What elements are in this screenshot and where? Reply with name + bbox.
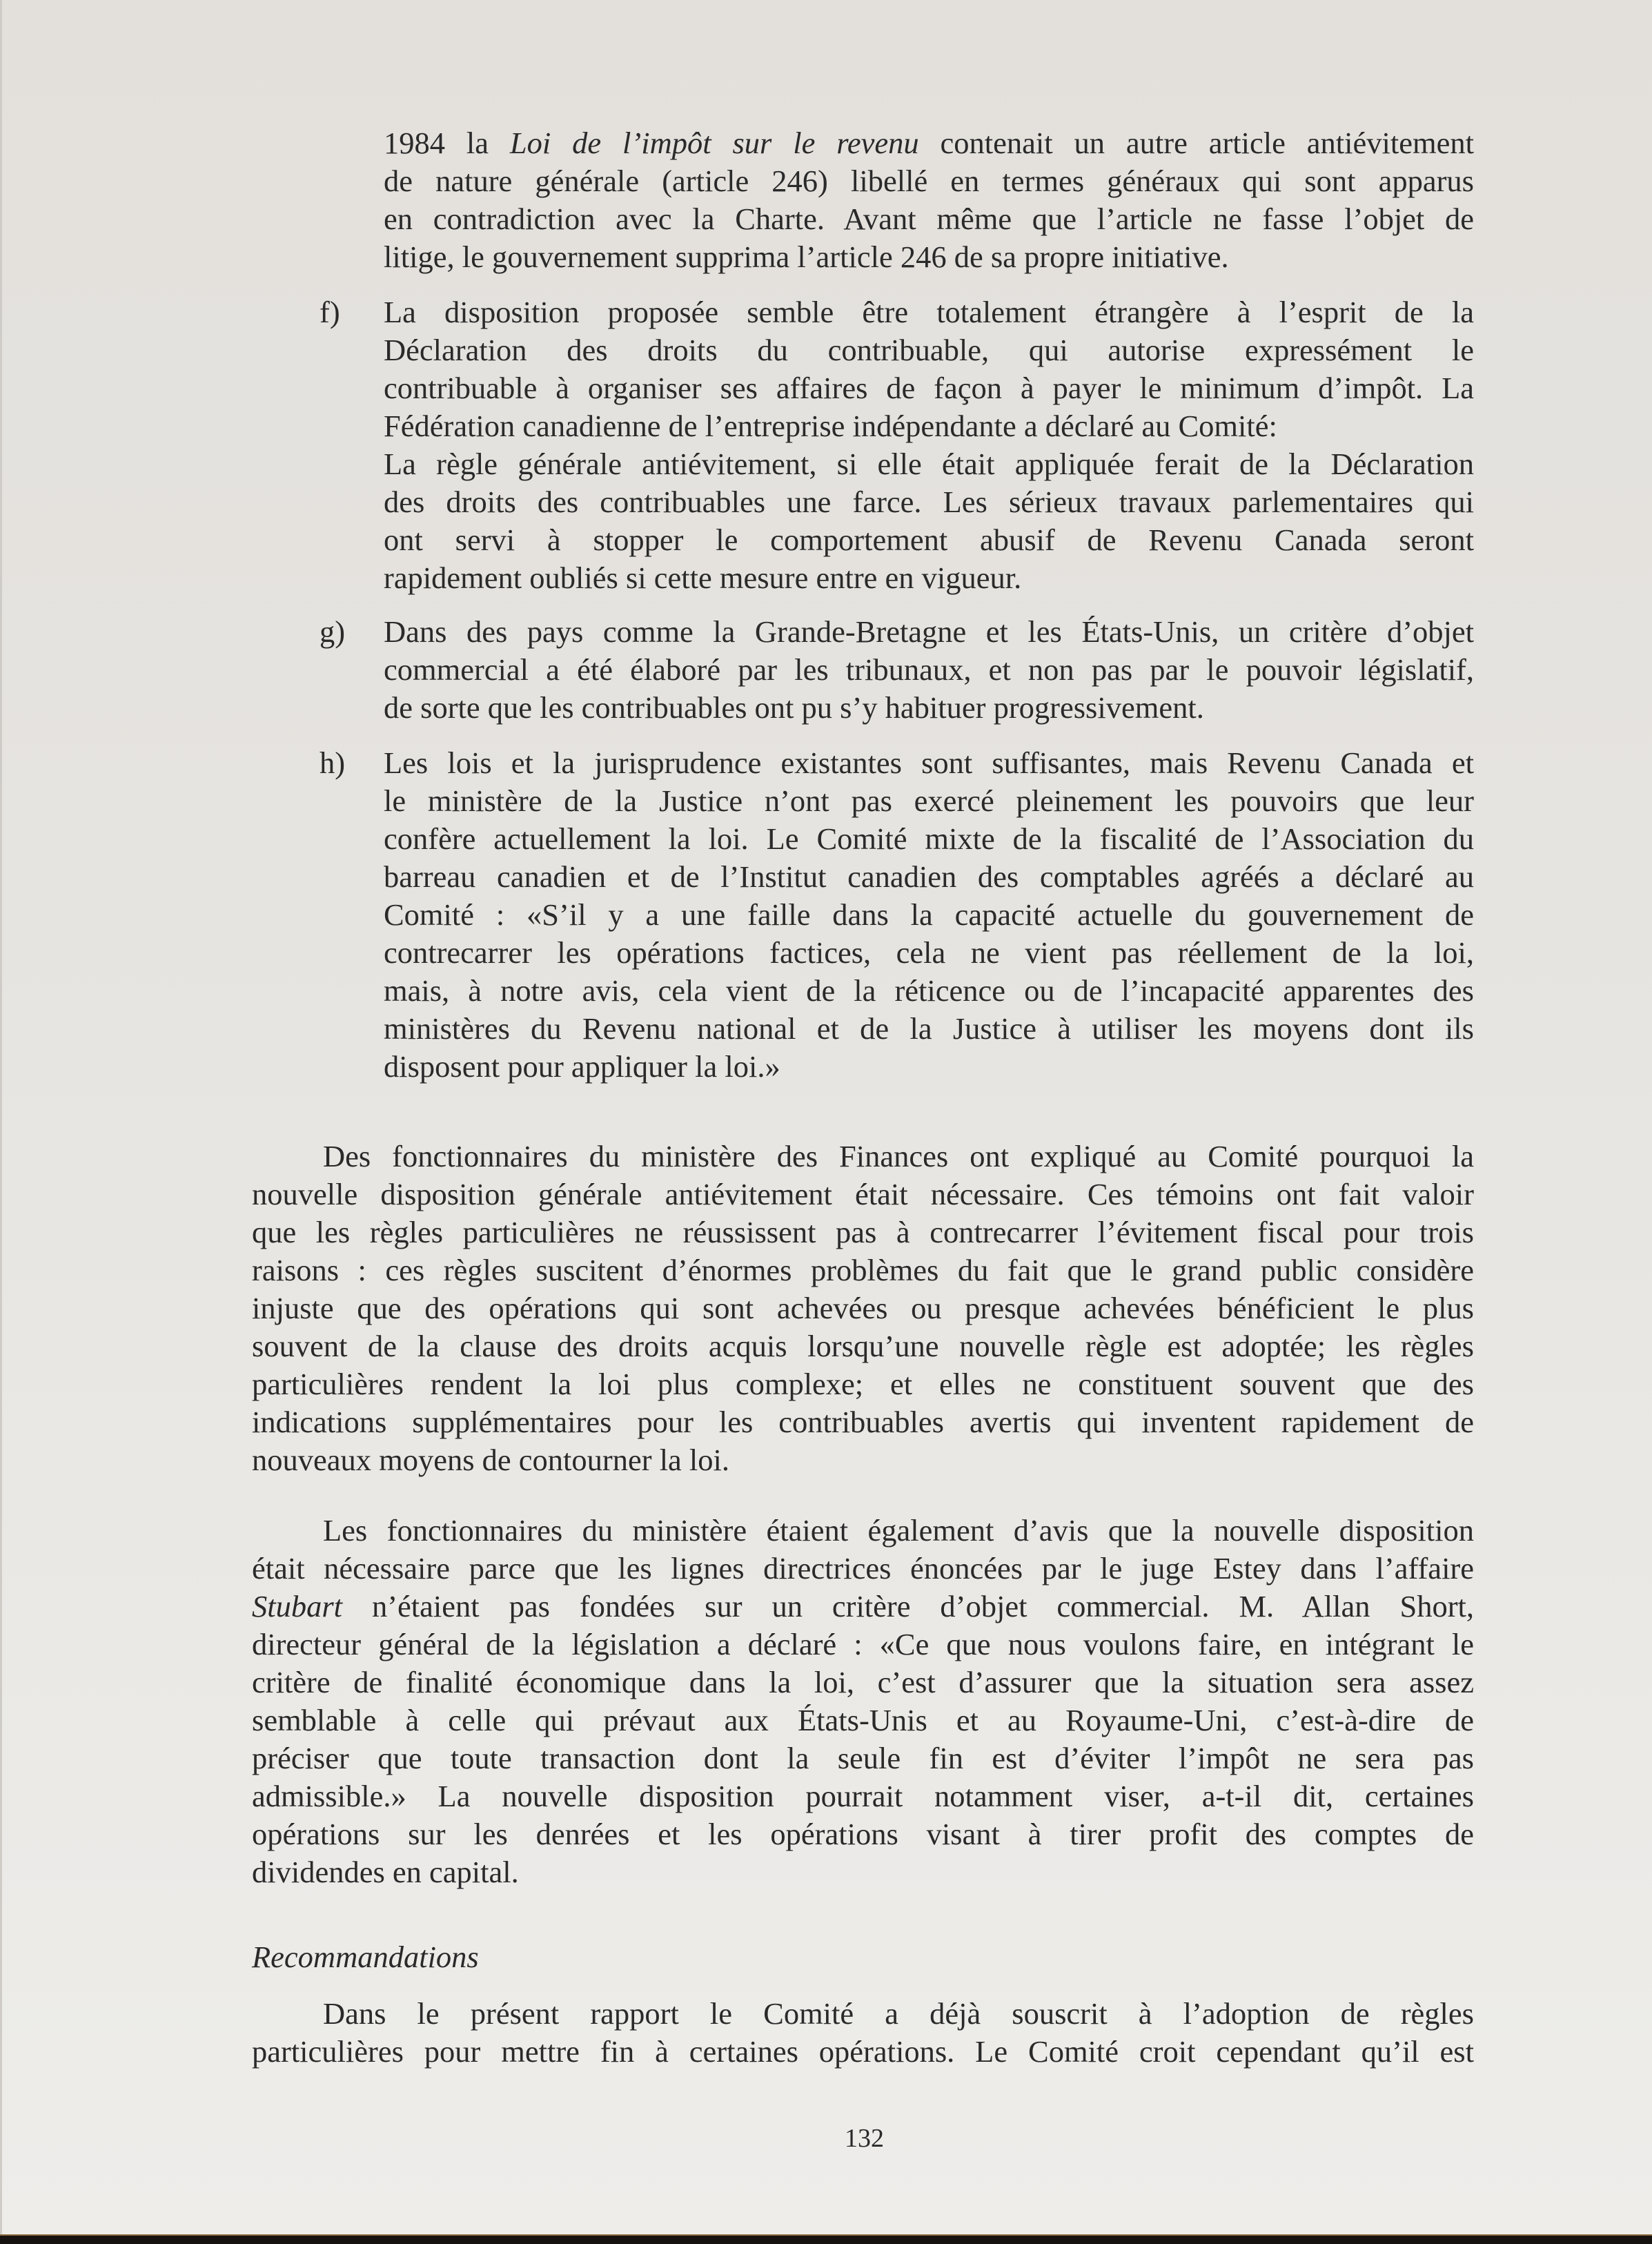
text-line: était nécessaire parce que les lignes di…: [252, 1550, 1474, 1588]
text-line: Stubart n’étaient pas fondées sur un cri…: [252, 1588, 1474, 1626]
text-line: Les lois et la jurisprudence existantes …: [384, 744, 1474, 782]
list-item-label: g): [319, 613, 345, 651]
text-line: ministères du Revenu national et de la J…: [384, 1010, 1474, 1048]
text-line: directeur général de la législation a dé…: [252, 1626, 1474, 1664]
text-line: mais, à notre avis, cela vient de la rét…: [384, 972, 1474, 1010]
text-line: confère actuellement la loi. Le Comité m…: [384, 820, 1474, 858]
text-line: indications supplémentaires pour les con…: [252, 1403, 1474, 1441]
text-run: 1984 la: [384, 126, 510, 160]
text-line: Les fonctionnaires du ministère étaient …: [323, 1512, 1474, 1550]
text-line: nouveaux moyens de contourner la loi.: [252, 1441, 1474, 1479]
case-name-italic: Stubart: [252, 1589, 342, 1623]
text-line: critère de finalité économique dans la l…: [252, 1664, 1474, 1701]
text-line: raisons : ces règles suscitent d’énormes…: [252, 1251, 1474, 1289]
page-edge: [0, 0, 2, 2234]
text-line: barreau canadien et de l’Institut canadi…: [384, 858, 1474, 896]
text-line: en contradiction avec la Charte. Avant m…: [384, 200, 1474, 238]
text-line: dividendes en capital.: [252, 1853, 1474, 1891]
law-title-italic: Loi de l’impôt sur le revenu: [510, 126, 919, 160]
text-line: Comité : «S’il y a une faille dans la ca…: [384, 896, 1474, 934]
text-line: Déclaration des droits du contribuable, …: [384, 331, 1474, 369]
text-line: de nature générale (article 246) libellé…: [384, 162, 1474, 200]
text-line: La disposition proposée semble être tota…: [384, 293, 1474, 331]
text-line: que les règles particulières ne réussiss…: [252, 1213, 1474, 1251]
text-line: nouvelle disposition générale antiévitem…: [252, 1175, 1474, 1213]
text-line: contribuable à organiser ses affaires de…: [384, 369, 1474, 407]
quote-line: des droits des contribuables une farce. …: [384, 483, 1474, 521]
text-line: 1984 la Loi de l’impôt sur le revenu con…: [384, 124, 1474, 162]
text-line: Des fonctionnaires du ministère des Fina…: [323, 1138, 1474, 1175]
text-line: Dans le présent rapport le Comité a déjà…: [323, 1995, 1474, 2033]
text-run: contenait un autre article antiévitement: [919, 126, 1474, 160]
text-line: souvent de la clause des droits acquis l…: [252, 1327, 1474, 1365]
text-line: contrecarrer les opérations factices, ce…: [384, 934, 1474, 972]
text-line: préciser que toute transaction dont la s…: [252, 1739, 1474, 1777]
text-line: particulières pour mettre fin à certaine…: [252, 2033, 1474, 2071]
text-line: disposent pour appliquer la loi.»: [384, 1048, 1474, 1086]
scan-bottom-edge: [0, 2234, 1652, 2244]
text-line: Fédération canadienne de l’entreprise in…: [384, 407, 1474, 445]
text-line: admissible.» La nouvelle disposition pou…: [252, 1777, 1474, 1815]
quote-line: La règle générale antiévitement, si elle…: [384, 445, 1474, 483]
text-line: injuste que des opérations qui sont ache…: [252, 1289, 1474, 1327]
quote-line: ont servi à stopper le comportement abus…: [384, 521, 1474, 559]
text-line: Dans des pays comme la Grande-Bretagne e…: [384, 613, 1474, 651]
list-item-label: f): [319, 293, 340, 331]
page-number: 132: [845, 2122, 884, 2155]
quote-line: rapidement oubliés si cette mesure entre…: [384, 559, 1474, 597]
list-item-label: h): [319, 744, 345, 782]
document-page: 1984 la Loi de l’impôt sur le revenu con…: [0, 0, 1652, 2234]
text-line: opérations sur les denrées et les opérat…: [252, 1815, 1474, 1853]
text-run: n’étaient pas fondées sur un critère d’o…: [342, 1589, 1474, 1623]
text-line: le ministère de la Justice n’ont pas exe…: [384, 782, 1474, 820]
text-line: litige, le gouvernement supprima l’artic…: [384, 238, 1474, 276]
section-heading: Recommandations: [252, 1938, 479, 1976]
text-line: particulières rendent la loi plus comple…: [252, 1365, 1474, 1403]
text-line: de sorte que les contribuables ont pu s’…: [384, 689, 1474, 727]
text-line: semblable à celle qui prévaut aux États-…: [252, 1701, 1474, 1739]
text-line: commercial a été élaboré par les tribuna…: [384, 651, 1474, 689]
